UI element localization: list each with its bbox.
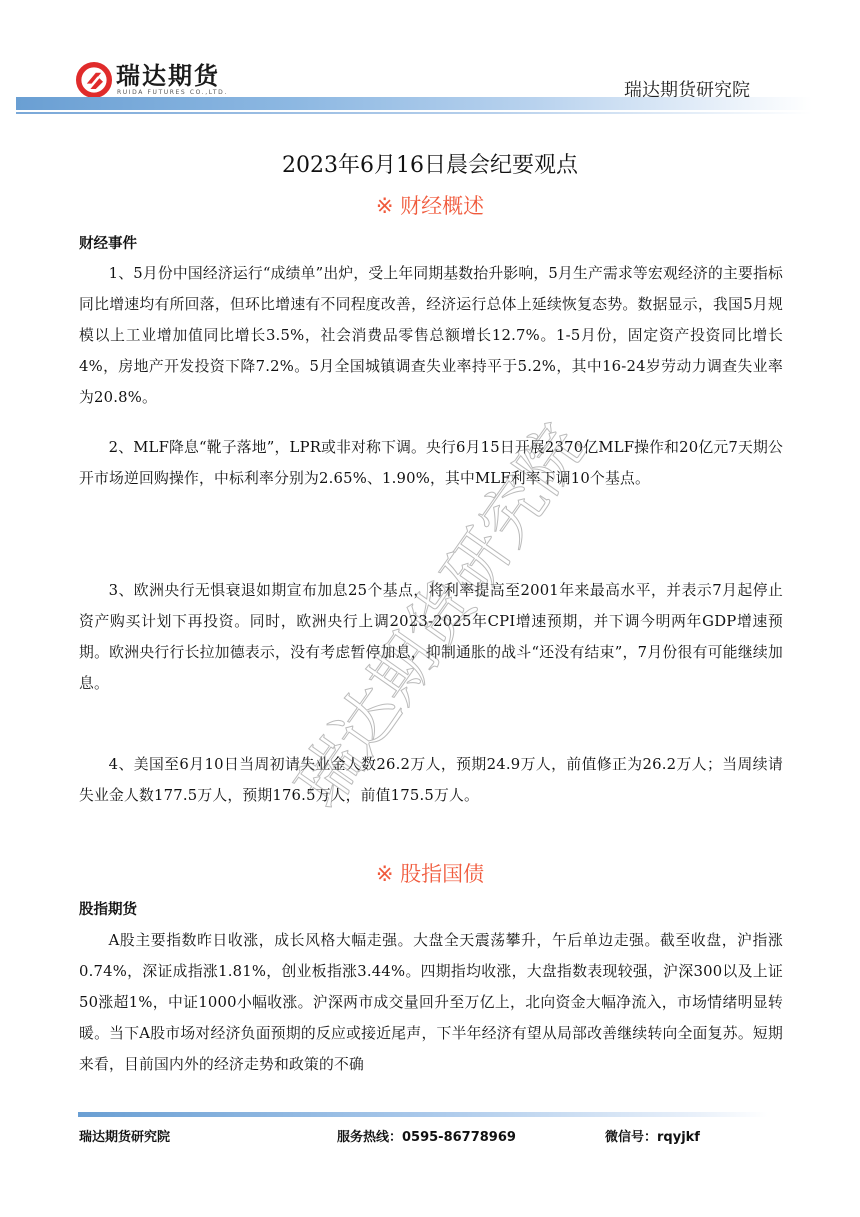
- ruida-logo-icon: [76, 62, 112, 98]
- logo-cn-text: 瑞达期货: [116, 63, 228, 89]
- paragraph-finance-1: 1、5月份中国经济运行“成绩单”出炉，受上年同期基数抬升影响，5月生产需求等宏观…: [79, 258, 783, 413]
- footer-hotline: 服务热线：0595-86778969: [337, 1126, 516, 1145]
- footer-wechat: 微信号：rqyjkf: [605, 1126, 700, 1145]
- paragraph-index-futures: A股主要指数昨日收涨，成长风格大幅走强。大盘全天震荡攀升，午后单边走强。截至收盘…: [79, 925, 783, 1080]
- company-logo: 瑞达期货 RUIDA FUTURES CO.,LTD.: [76, 62, 228, 98]
- section-heading-finance: ※ 财经概述: [0, 190, 860, 220]
- document-title: 2023年6月16日晨会纪要观点: [0, 148, 860, 179]
- logo-en-text: RUIDA FUTURES CO.,LTD.: [117, 89, 228, 97]
- footer-institute: 瑞达期货研究院: [79, 1126, 170, 1145]
- paragraph-finance-4: 4、美国至6月10日当周初请失业金人数26.2万人，预期24.9万人，前值修正为…: [79, 749, 783, 811]
- subheading-index-futures: 股指期货: [79, 898, 137, 919]
- header-gradient-bar: [16, 97, 812, 110]
- section-heading-index-bonds: ※ 股指国债: [0, 858, 860, 888]
- header-thin-bar: [16, 112, 812, 114]
- paragraph-finance-3: 3、欧洲央行无惧衰退如期宣布加息25个基点，将利率提高至2001年来最高水平，并…: [79, 575, 783, 699]
- footer-gradient-bar: [78, 1112, 768, 1117]
- paragraph-finance-2: 2、MLF降息“靴子落地”，LPR或非对称下调。央行6月15日开展2370亿ML…: [79, 432, 783, 494]
- subheading-finance-events: 财经事件: [79, 232, 137, 253]
- page-header: 瑞达期货 RUIDA FUTURES CO.,LTD. 瑞达期货研究院: [0, 0, 860, 125]
